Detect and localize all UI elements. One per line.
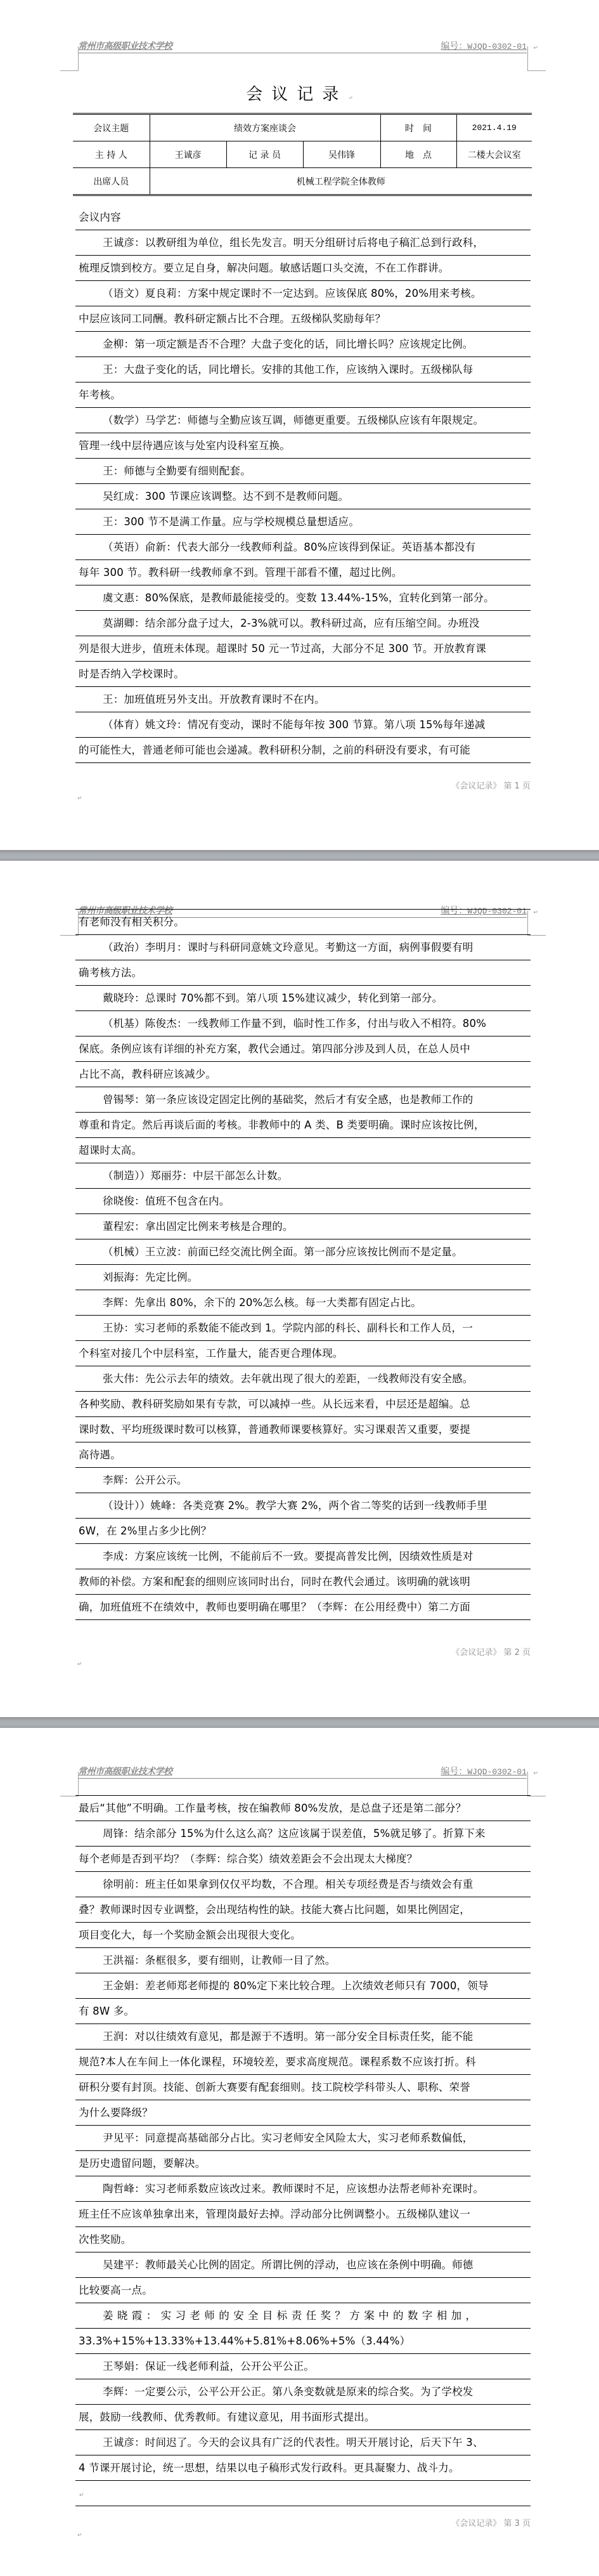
recorder-value: 吴伟锋 [303,141,380,168]
content-line: 班主任不应该单独拿出来，管理岗最好去掉。浮动部分比例调整小。五级梯队建议一 [75,2202,531,2227]
paragraph-mark-icon: ↵ [77,1661,82,1668]
document-code-value: WJQD-0302-01 [467,1767,527,1777]
content-line: 王诚彦：以教研组为单位，组长先发言。明天分组研讨后将电子稿汇总到行政科， [75,230,531,256]
meeting-info-table: 会议主题 绩效方案座谈会 时 间 2021.4.19 主 持 人 王诚彦 记 录… [73,113,532,196]
page-footer: 《会议记录》 第 1 页 [451,779,531,791]
content-line: 中层应该同工同酬。教科研定额占比不合理。五级梯队奖励每年？ [75,306,531,332]
content-line: （政治）李明月：课时与科研同意姚文玲意见。考勤这一方面，病例事假要有明 [75,935,531,960]
page-2: 常州市高级职业技术学校 编号：WJQD-0302-01 ↵ 有老师没有相关积分。… [0,861,599,1717]
content-line: 占比不高，教科研应该减少。 [75,1062,531,1087]
paragraph-mark-icon: ↵ [77,795,82,802]
content-line: 王润：对以往绩效有意见，都是源于不透明。第一部分安全目标责任奖，能不能 [75,2024,531,2050]
meta-row-attendees: 出席人员 机械工程学院全体教师 [73,168,532,195]
content-line: 王：加班值班另外支出。开放教育课时不在内。 [75,687,531,712]
content-line: 为什么要降级？ [75,2100,531,2126]
content-line: （制造））郑丽芬：中层干部怎么计数。 [75,1163,531,1189]
content-line: （机械）王立波：前面已经交流比例全面。第一部分应该按比例而不是定量。 [75,1239,531,1265]
content-line: 33.3%+15%+13.33%+13.44%+5.81%+8.06%+5%（3… [75,2329,531,2354]
meta-row-host: 主 持 人 王诚彦 记 录 员 吴伟锋 地 点 二楼大会议室 [73,141,532,168]
content-line: 张大伟：先公示去年的绩效。去年就出现了很大的差距，一线教师没有安全感。 [75,1366,531,1392]
content-line: 尹见平：同意提高基础部分占比。实习老师安全风险太大，实习老师系数偏低， [75,2126,531,2151]
content-line: 李辉：先拿出 80%，余下的 20%怎么核。每一大类都有固定占比。 [75,1290,531,1316]
content-line: 徐晓俊：值班不包含在内。 [75,1189,531,1214]
content-line: 规范?本人在车间上一体化课程，环境较差，要求高度规范。课程系数不应该打折。科 [75,2050,531,2075]
page-3: 常州市高级职业技术学校 编号：WJQD-0302-01 ↵ 最后“其他”不明确。… [0,1728,599,2576]
content-line: （机基）陈俊杰：一线教师工作量不到，临时性工作多，付出与收入不相符。80% [75,1011,531,1036]
content-line: 李辉：公开公示。 [75,1468,531,1493]
content-line: 每年 300 节。教科研一线教师拿不到。管理干部看不懂，超过比例。 [75,560,531,585]
topic-value: 绩效方案座谈会 [150,114,380,141]
content-line: 刘振海：先定比例。 [75,1265,531,1290]
content-line: 王：师德与全勤要有细则配套。 [75,459,531,484]
place-value: 二楼大会议室 [456,141,532,168]
content-line: 确，加班值班不在绩效中，教师也要明确在哪里？（李辉：在公用经费中）第二方面 [75,1595,531,1620]
content-line: 尊重和肯定。然后再谈后面的考核。非教师中的 A 类、B 类要明确。课时应该按比例… [75,1113,531,1138]
content-line: 李成：方案应该统一比例，不能前后不一致。要提高普发比例，因绩效性质是对 [75,1544,531,1569]
paragraph-mark-icon: ↵ [348,95,353,101]
content-line: 曾锡琴：第一条应该设定固定比例的基础奖，然后才有安全感，也是教师工作的 [75,1087,531,1113]
document-code-label: 编号： [441,1767,467,1777]
page-footer: 《会议记录》 第 3 页 [451,2516,531,2528]
content-line: 王洪福：条框很多，要有细则，让教师一目了然。 [75,1948,531,1973]
content-line: 徐明前：班主任如果拿到仅仅平均数，不合理。相关专项经费是否与绩效会有重 [75,1872,531,1897]
content-line: 次性奖励。 [75,2227,531,2252]
content-line: 个科室对接几个中层科室，工作量大，能否更合理体现。 [75,1341,531,1366]
content-line: 的可能性大，普通老师可能也会递减。教科研积分制，之前的科研没有要求，有可能 [75,738,531,763]
content-line: 王琴娟：保证一线老师利益，公开公平公正。 [75,2354,531,2379]
time-label: 时 间 [380,114,456,141]
document-title: 会议记录↵ [0,81,599,105]
school-name: 常州市高级职业技术学校 [78,39,172,52]
recorder-label: 记 录 员 [226,141,303,168]
content-line: 超课时太高。 [75,1138,531,1163]
content-line: 陶哲峰：实习老师系数应该改过来。教师课时不足，应该想办法帮老师补充课时。 [75,2176,531,2202]
school-name: 常州市高级职业技术学校 [78,1765,172,1777]
content-line: 最后“其他”不明确。工作量考核，按在编教师 80%发放，是总盘子还是第二部分？ [75,1796,531,1821]
content-line: 叠？教师课时因专业调整，会出现结构性的缺。技能大赛占比问题，如果比例固定， [75,1897,531,1923]
content-line: 6W，在 2%里占多少比例？ [75,1519,531,1544]
crop-mark-top-left [60,46,79,71]
content-line: 4 节课开展讨论，统一思想，结果以电子稿形式发行政科。更具凝聚力、战斗力。 [75,2455,531,2481]
content-line: 李辉：一定要公示，公平公开公正。第八条变数就是原来的综合奖。为了学校发 [75,2379,531,2405]
content-line: 比较要高一点。 [75,2278,531,2303]
content-line: （语文）夏良莉：方案中规定课时不一定达到。应该保底 80%，20%用来考核。 [75,281,531,306]
time-value: 2021.4.19 [456,114,532,141]
content-line: 教师的补偿。方案和配套的细则应该同时出台，同时在教代会通过。该明确的就该明 [75,1569,531,1595]
content-line: 是历史遗留问题，要解决。 [75,2151,531,2176]
crop-mark-top-left [60,1772,79,1796]
document-code: 编号：WJQD-0302-01 [441,1765,527,1777]
content-line: （体育）姚文玲：情况有变动，课时不能每年按 300 节算。第八项 15%每年递减 [75,712,531,738]
content-line: 姜晓霞：实习老师的安全目标责任奖？方案中的数字相加， [75,2303,531,2329]
content-line: 戴晓玲：总课时 70%都不到。第八项 15%建议减少，转化到第一部分。 [75,986,531,1011]
attendees-label: 出席人员 [73,168,150,195]
content-line-empty: ↵ [75,2481,531,2506]
meeting-content: 有老师没有相关积分。 （政治）李明月：课时与科研同意姚文玲意见。考勤这一方面，病… [75,909,531,1620]
content-line: 各种奖励、教科研奖励如果有专款，可以减掉一些。从长远来看，中层还是超编。总 [75,1392,531,1417]
content-line: 高待遇。 [75,1442,531,1468]
content-line: 保底。条例应该有详细的补充方案，教代会通过。第四部分涉及到人员，在总人员中 [75,1036,531,1062]
document-code-label: 编号： [441,41,467,51]
document-code: 编号：WJQD-0302-01 [441,39,527,52]
content-line: 董程宏：拿出固定比例来考核是合理的。 [75,1214,531,1239]
content-line: 每个老师是否到平均？（李辉：综合奖）绩效差距会不会出现太大梯度？ [75,1847,531,1872]
content-line: 吴建平：教师最关心比例的固定。所谓比例的浮动，也应该在条例中明确。师德 [75,2252,531,2278]
content-line: 时是否纳入学校课时。 [75,662,531,687]
content-line: 王：大盘子变化的话，同比增长。安排的其他工作，应该纳入课时。五级梯队每 [75,357,531,382]
host-label: 主 持 人 [73,141,150,168]
content-line: 项目变化大，每一个奖励金额会出现很大变化。 [75,1923,531,1948]
page-separator [0,1717,599,1728]
content-line: （英语）俞新：代表大部分一线教师利益。80%应该得到保证。英语基本都没有 [75,535,531,560]
paragraph-mark-icon: ↵ [79,2492,84,2499]
host-value: 王诚彦 [150,141,226,168]
content-line: 研积分要有封顶。技能、创新大赛要有配套细则。技工院校学科带头人、职称、荣誉 [75,2075,531,2100]
meeting-content: 最后“其他”不明确。工作量考核，按在编教师 80%发放，是总盘子还是第二部分？ … [75,1795,531,2506]
content-label: 会议内容 [75,205,531,230]
topic-label: 会议主题 [73,114,150,141]
meeting-content: 会议内容 王诚彦：以教研组为单位，组长先发言。明天分组研讨后将电子稿汇总到行政科… [75,205,531,763]
content-line: 有 8W 多。 [75,1999,531,2024]
page-footer: 《会议记录》 第 2 页 [451,1645,531,1657]
content-line: 金柳：第一项定额是否不合理？大盘子变化的话，同比增长吗？应该规定比例。 [75,332,531,357]
content-line: （数学）马学艺：师德与全勤应该互调，师德更重要。五级梯队应该有年限规定。 [75,408,531,433]
crop-mark-top-right [527,1772,546,1796]
content-line: 列是很大进步，值班未体现。超课时 50 元一节过高，大部分不足 300 节。开放… [75,636,531,662]
content-line: 王：300 节不是满工作量。应与学校规模总量想适应。 [75,509,531,535]
content-line: 王诚彦：时间迟了。今天的会议具有广泛的代表性。明天开展讨论，后天下午 3、 [75,2430,531,2455]
content-line: 管理一线中层待遇应该与处室内设科室互换。 [75,433,531,459]
content-line: 梳理反馈到校方。要立足自身，解决问题。敏感话题口头交流，不在工作群讲。 [75,256,531,281]
content-line: 莫湖卿：结余部分盘子过大，2-3%就可以。教科研过高，应有压缩空间。办班没 [75,611,531,636]
page-header: 常州市高级职业技术学校 编号：WJQD-0302-01 ↵ [78,1765,527,1779]
meta-row-topic: 会议主题 绩效方案座谈会 时 间 2021.4.19 [73,114,532,141]
page-1: 常州市高级职业技术学校 编号：WJQD-0302-01 ↵ 会议记录↵ 会议主题… [0,0,599,850]
page-header: 常州市高级职业技术学校 编号：WJQD-0302-01 ↵ [78,40,527,53]
content-line: （设计））姚峰：各类竞赛 2%。教学大赛 2%，两个省二等奖的话到一线教师手里 [75,1493,531,1519]
content-line: 虞文惠：80%保底，是教师最能接受的。变数 13.44%-15%，宜转化到第一部… [75,585,531,611]
place-label: 地 点 [380,141,456,168]
content-line: 课时数、平均班级课时数可以核算，普通教师课要核算好。实习课艰苦又重要，要提 [75,1417,531,1442]
content-line: 王协：实习老师的系数能不能改到 1。学院内部的科长、副科长和工作人员，一 [75,1316,531,1341]
paragraph-mark-icon: ↵ [77,2532,82,2539]
content-line: 王金娟：差老师郑老师提的 80%定下来比较合理。上次绩效老师只有 7000，领导 [75,1973,531,1999]
content-line: 展，鼓励一线教师、优秀教师。有建议意见，用书面形式提出。 [75,2405,531,2430]
content-line: 年考核。 [75,382,531,408]
attendees-value: 机械工程学院全体教师 [150,168,532,195]
document-title-text: 会议记录 [246,85,347,104]
content-line: 周锋：结余部分 15%为什么这么高？这应该属于误差值，5%就足够了。折算下来 [75,1821,531,1847]
document-code-value: WJQD-0302-01 [467,42,527,51]
content-line: 吴红成：300 节课应该调整。达不到不是教师问题。 [75,484,531,509]
content-line: 确考核方法。 [75,960,531,986]
crop-mark-top-right [527,46,546,71]
content-line: 有老师没有相关积分。 [75,910,531,935]
page-separator [0,850,599,861]
